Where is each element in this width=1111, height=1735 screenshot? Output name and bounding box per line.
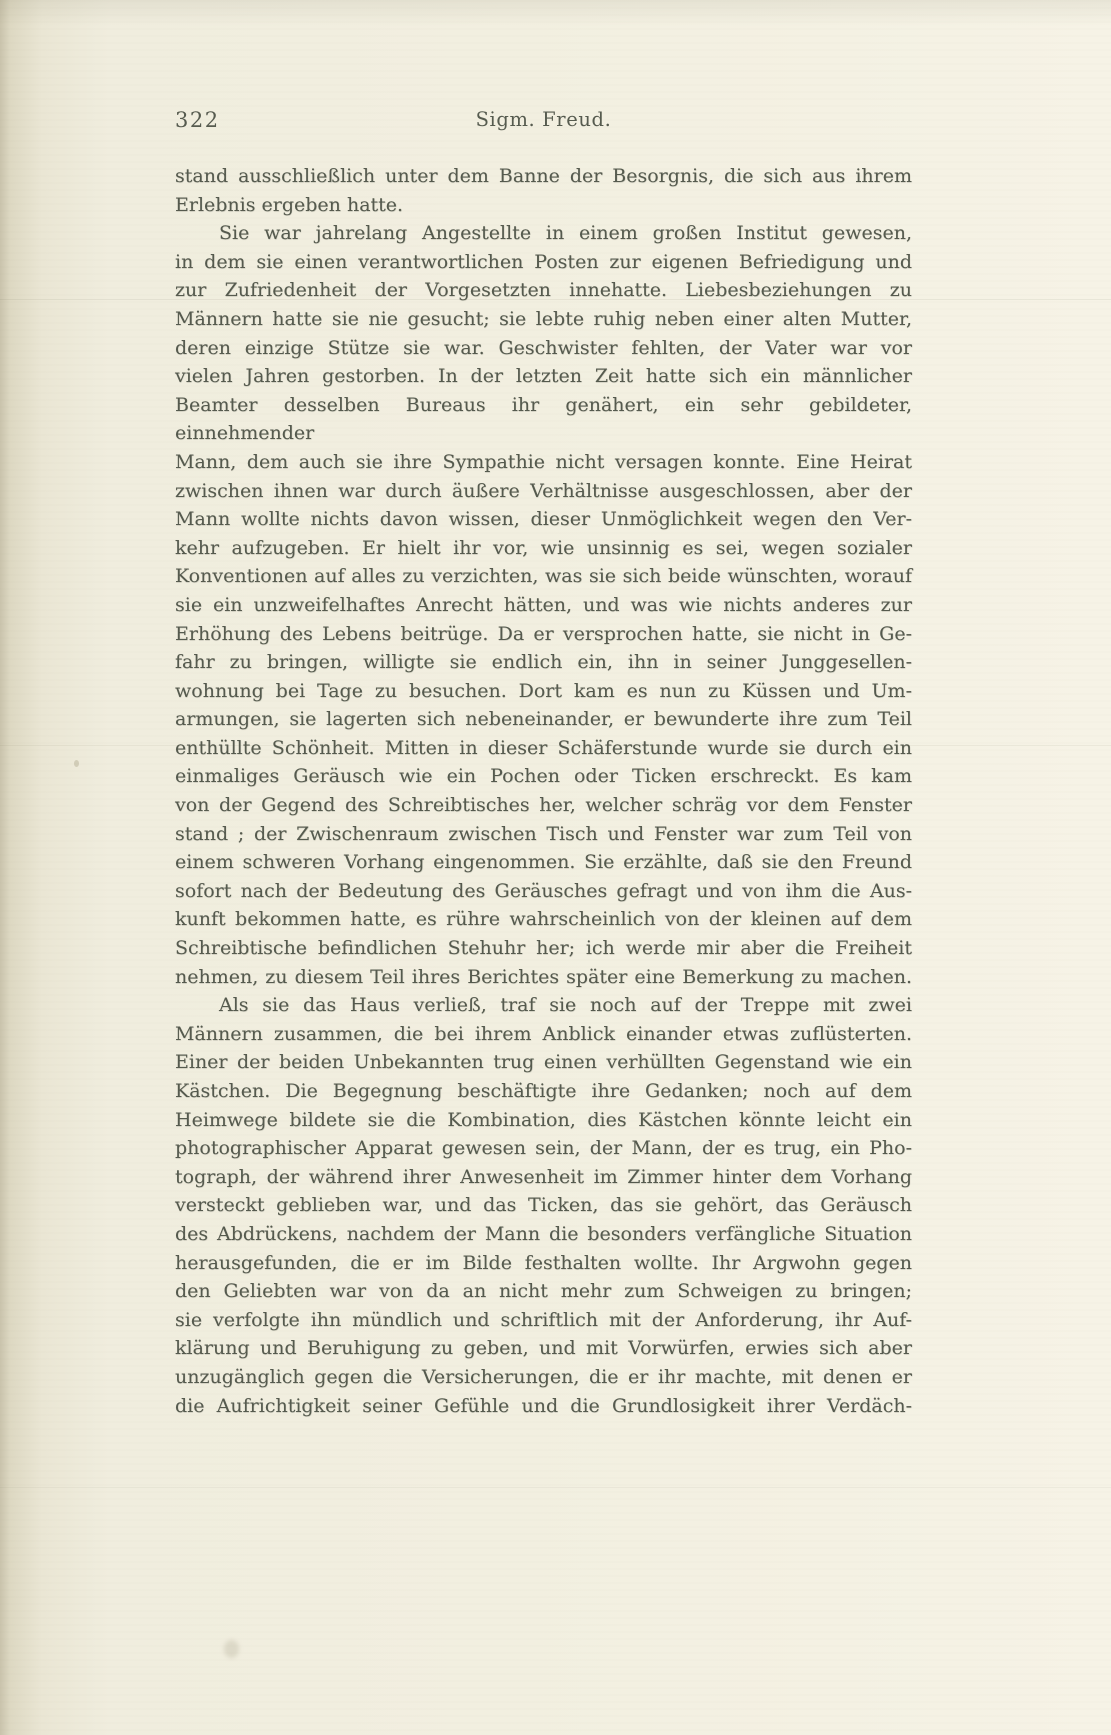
text-line: Mann wollte nichts davon wissen, dieser … xyxy=(175,505,912,534)
paragraph: Als sie das Haus verließ, traf sie noch … xyxy=(175,991,912,1420)
paragraph: stand ausschließlich unter dem Banne der… xyxy=(175,162,912,219)
text-line: wohnung bei Tage zu besuchen. Dort kam e… xyxy=(175,677,912,706)
text-line: vielen Jahren gestorben. In der letzten … xyxy=(175,362,912,391)
text-line: armungen, sie lagerten sich nebeneinande… xyxy=(175,705,912,734)
text-line: Konventionen auf alles zu verzichten, wa… xyxy=(175,562,912,591)
text-line: stand ; der Zwischenraum zwischen Tisch … xyxy=(175,820,912,849)
scanned-page: 322 Sigm. Freud. stand ausschließlich un… xyxy=(0,0,1111,1735)
text-line: Kästchen. Die Begegnung beschäftigte ihr… xyxy=(175,1077,912,1106)
scan-artifact-speck xyxy=(74,760,79,767)
text-line: tograph, der während ihrer Anwesenheit i… xyxy=(175,1163,912,1192)
text-line: unzugänglich gegen die Versicherungen, d… xyxy=(175,1363,912,1392)
text-line: photographischer Apparat gewesen sein, d… xyxy=(175,1134,912,1163)
text-line: den Geliebten war von da an nicht mehr z… xyxy=(175,1277,912,1306)
text-line: Mann, dem auch sie ihre Sympathie nicht … xyxy=(175,448,912,477)
page-header: 322 Sigm. Freud. xyxy=(175,106,912,138)
text-line: zur Zufriedenheit der Vorgesetzten inneh… xyxy=(175,276,912,305)
text-line: kunft bekommen hatte, es rühre wahrschei… xyxy=(175,905,912,934)
text-line: Erhöhung des Lebens beitrüge. Da er vers… xyxy=(175,620,912,649)
text-line: sofort nach der Bedeutung des Geräusches… xyxy=(175,877,912,906)
text-line: Heimwege bildete sie die Kombination, di… xyxy=(175,1106,912,1135)
text-line: Männern zusammen, die bei ihrem Anblick … xyxy=(175,1020,912,1049)
text-line: nehmen, zu diesem Teil ihres Berichtes s… xyxy=(175,963,912,992)
text-line: zwischen ihnen war durch äußere Verhältn… xyxy=(175,477,912,506)
text-line: einem schweren Vorhang eingenommen. Sie … xyxy=(175,848,912,877)
text-line: des Abdrückens, nachdem der Mann die bes… xyxy=(175,1220,912,1249)
running-title: Sigm. Freud. xyxy=(175,108,912,131)
text-line: die Aufrichtigkeit seiner Gefühle und di… xyxy=(175,1392,912,1421)
text-line: Erlebnis ergeben hatte. xyxy=(175,191,912,220)
scan-artifact-smudge xyxy=(224,1640,239,1658)
text-line: versteckt geblieben war, und das Ticken,… xyxy=(175,1191,912,1220)
text-line: deren einzige Stütze sie war. Geschwiste… xyxy=(175,334,912,363)
text-line: Sie war jahrelang Angestellte in einem g… xyxy=(175,219,912,248)
text-line: enthüllte Schönheit. Mitten in dieser Sc… xyxy=(175,734,912,763)
text-line: sie verfolgte ihn mündlich und schriftli… xyxy=(175,1306,912,1335)
text-line: sie ein unzweifelhaftes Anrecht hätten, … xyxy=(175,591,912,620)
text-line: einmaliges Geräusch wie ein Pochen oder … xyxy=(175,762,912,791)
text-line: stand ausschließlich unter dem Banne der… xyxy=(175,162,912,191)
paragraph: Sie war jahrelang Angestellte in einem g… xyxy=(175,219,912,991)
text-line: fahr zu bringen, willigte sie endlich ei… xyxy=(175,648,912,677)
text-line: von der Gegend des Schreibtisches her, w… xyxy=(175,791,912,820)
scan-artifact-line xyxy=(0,1487,1111,1488)
text-line: klärung und Beruhigung zu geben, und mit… xyxy=(175,1334,912,1363)
text-line: Als sie das Haus verließ, traf sie noch … xyxy=(175,991,912,1020)
text-line: herausgefunden, die er im Bilde festhalt… xyxy=(175,1249,912,1278)
text-line: Beamter desselben Bureaus ihr genähert, … xyxy=(175,391,912,448)
text-line: Einer der beiden Unbekannten trug einen … xyxy=(175,1048,912,1077)
page-body: stand ausschließlich unter dem Banne der… xyxy=(175,162,912,1420)
text-line: Männern hatte sie nie gesucht; sie lebte… xyxy=(175,305,912,334)
text-line: kehr aufzugeben. Er hielt ihr vor, wie u… xyxy=(175,534,912,563)
text-line: in dem sie einen verantwortlichen Posten… xyxy=(175,248,912,277)
text-line: Schreibtische befindlichen Stehuhr her; … xyxy=(175,934,912,963)
